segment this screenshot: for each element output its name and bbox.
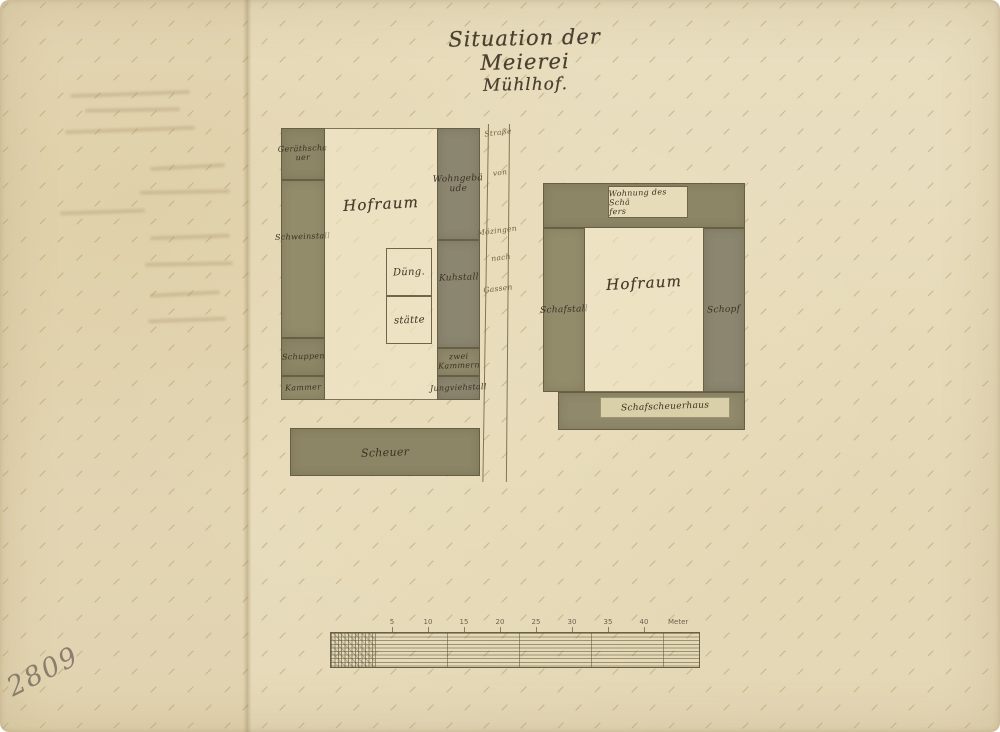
sheet-title: Situation der Meierei Mühlhof. bbox=[414, 24, 635, 98]
manure-pit-label-bottom: stätte bbox=[393, 314, 424, 326]
manure-pit-label-top: Düng. bbox=[393, 266, 425, 278]
scale-tick: 5 bbox=[382, 618, 402, 626]
room-label: Kuhstall bbox=[438, 272, 478, 284]
manure-pit-upper: Düng. bbox=[386, 248, 432, 296]
room-label: zwei Kammern bbox=[437, 352, 479, 371]
courtyard-right-plan: Hofraum bbox=[585, 228, 703, 392]
title-line-1: Situation der Meierei bbox=[414, 24, 635, 77]
scale-unit-label: Meter bbox=[668, 618, 688, 626]
scale-tick-labels: 5 10 15 20 25 30 35 40 Meter bbox=[330, 618, 720, 632]
scale-bar-division bbox=[519, 633, 520, 667]
courtyard-label: Hofraum bbox=[606, 272, 683, 294]
room-label: Schafstall bbox=[540, 304, 588, 316]
room-label: Schweinstall bbox=[275, 232, 330, 243]
scale-bar-hatch-block bbox=[331, 633, 375, 667]
scale-tick: 40 bbox=[634, 618, 654, 626]
room-label: Schuppen bbox=[281, 352, 324, 362]
manure-pit-lower: stätte bbox=[386, 296, 432, 344]
room-young-cattle-stall: Jungviehstall bbox=[437, 376, 480, 400]
room-label: Geräthscha uer bbox=[278, 144, 328, 163]
courtyard-label: Hofraum bbox=[343, 193, 420, 215]
room-tool-shed: Geräthscha uer bbox=[281, 128, 325, 180]
scale-bar-division bbox=[591, 633, 592, 667]
sheep-barn-label: Schafscheuerhaus bbox=[621, 401, 710, 414]
scale-tick: 15 bbox=[454, 618, 474, 626]
scale-tick: 20 bbox=[490, 618, 510, 626]
room-two-chambers: zwei Kammern bbox=[437, 348, 480, 376]
fold-crease bbox=[243, 0, 251, 732]
room-chamber: Kammer bbox=[281, 376, 325, 400]
scale-bar bbox=[330, 632, 700, 668]
plan-sheet: Situation der Meierei Mühlhof. Geräthsch… bbox=[0, 0, 1000, 732]
room-shed-right-plan: Schopf bbox=[703, 228, 745, 392]
scale-bar-division bbox=[663, 633, 664, 667]
scale-tick: 30 bbox=[562, 618, 582, 626]
room-sheep-stall: Schafstall bbox=[543, 228, 585, 392]
shepherd-dwelling-box: Wohnung des Schä fers bbox=[608, 186, 688, 218]
scale-bar-division bbox=[375, 633, 376, 667]
room-label: Schopf bbox=[707, 304, 741, 316]
scale-tick: 25 bbox=[526, 618, 546, 626]
scale-bar-division bbox=[447, 633, 448, 667]
shepherd-dwelling-label: Wohnung des Schä fers bbox=[609, 187, 688, 216]
barn-building: Scheuer bbox=[290, 428, 480, 476]
room-shed: Schuppen bbox=[281, 338, 325, 376]
room-cow-stall: Kuhstall bbox=[437, 240, 480, 348]
barn-label: Scheuer bbox=[361, 445, 410, 460]
room-dwelling-house: Wohngebä ude bbox=[437, 128, 480, 240]
room-label: Wohngebä ude bbox=[433, 173, 484, 195]
room-label: Jungviehstall bbox=[430, 383, 487, 394]
room-pig-stall: Schweinstall bbox=[281, 180, 325, 338]
sheep-barn-label-box: Schafscheuerhaus bbox=[600, 397, 730, 418]
room-label: Kammer bbox=[285, 383, 322, 393]
scale-tick: 10 bbox=[418, 618, 438, 626]
scale-tick: 35 bbox=[598, 618, 618, 626]
